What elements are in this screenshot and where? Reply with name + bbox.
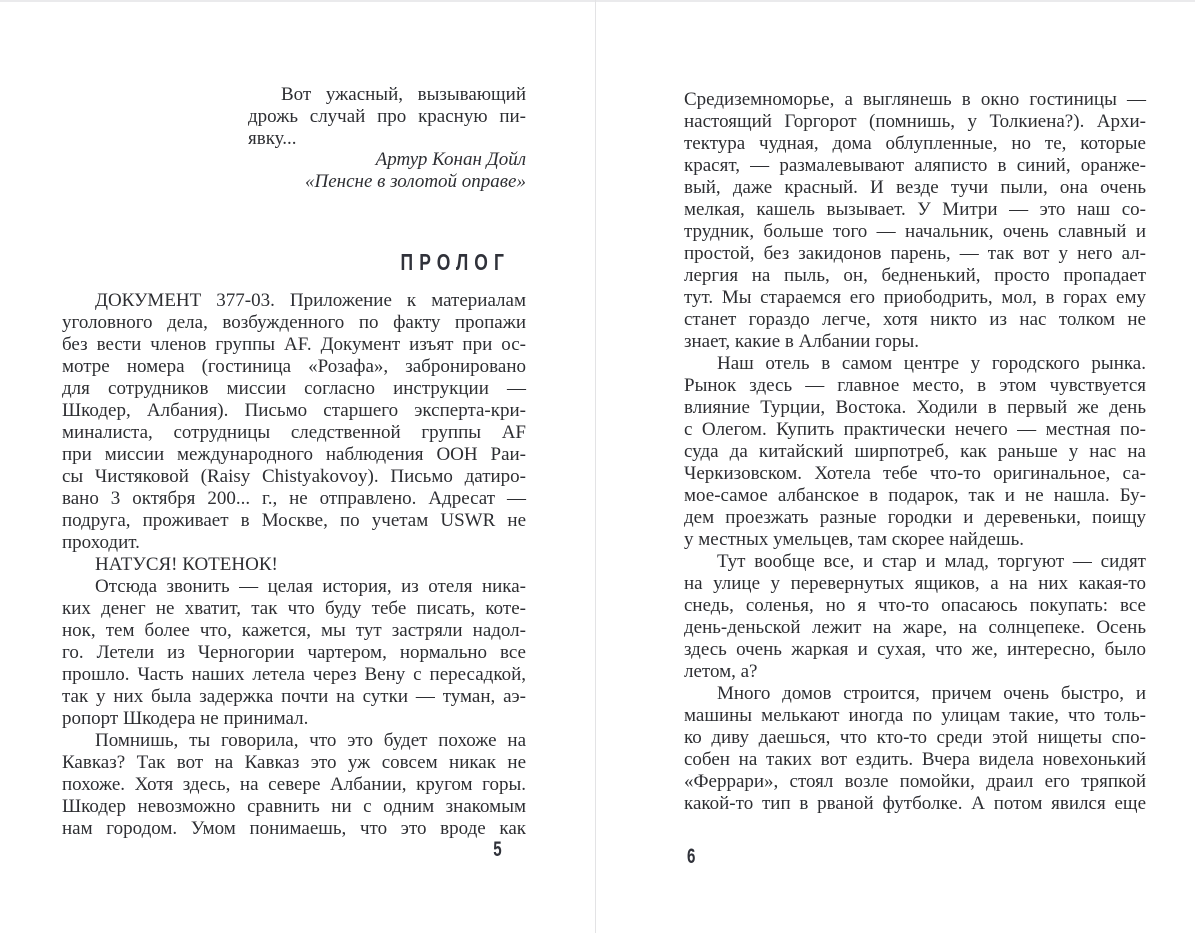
text-line: вый, даже красный. И везде тучи пыли, он… bbox=[684, 177, 1146, 199]
text-line: сы Чистяковой (Raisy Chistyakovoy). Пись… bbox=[62, 466, 526, 488]
page-number-left: 5 bbox=[494, 839, 502, 860]
text-line: снедь, соленья, но я что-то опасаюсь пок… bbox=[684, 595, 1146, 617]
text-line: вано 3 октября 200... г., не отправлено.… bbox=[62, 488, 526, 510]
text-line: проходит. bbox=[62, 532, 526, 554]
text-line: Вот ужасный, вызывающий bbox=[248, 84, 526, 106]
text-line: го. Летели из Черногории чартером, норма… bbox=[62, 642, 526, 664]
chapter-heading: ПРОЛОГ bbox=[401, 251, 510, 274]
text-line: дрожь случай про красную пи- bbox=[248, 106, 526, 128]
text-line: на улице у перевернутых ящиков, а на них… bbox=[684, 573, 1146, 595]
text-line: Наш отель в самом центре у городского ры… bbox=[684, 353, 1146, 375]
text-line: для сотрудников миссии согласно инструкц… bbox=[62, 378, 526, 400]
text-line: настоящий Горгорот (помнишь, у Толкиена?… bbox=[684, 111, 1146, 133]
text-line: летом, а? bbox=[684, 661, 1146, 683]
text-line: тут. Мы стараемся его приободрить, мол, … bbox=[684, 287, 1146, 309]
text-line: день-деньской лежит на жаре, на солнцепе… bbox=[684, 617, 1146, 639]
text-line: Кавказ? Так вот на Кавказ это уж совсем … bbox=[62, 752, 526, 774]
text-line: простой, без закидонов парень, — так вот… bbox=[684, 243, 1146, 265]
text-line: Тут вообще все, и стар и млад, торгуют —… bbox=[684, 551, 1146, 573]
text-line: миналиста, сотрудницы следственной групп… bbox=[62, 422, 526, 444]
text-line: собен на таких вот ездить. Вчера видела … bbox=[684, 749, 1146, 771]
left-page-body-text: ДОКУМЕНТ 377-03. Приложение к материалам… bbox=[62, 290, 526, 840]
text-line: влияние Турции, Востока. Ходили в первый… bbox=[684, 397, 1146, 419]
page-number-right: 6 bbox=[687, 846, 695, 867]
text-line: дем проезжать разные городки и деревеньк… bbox=[684, 507, 1146, 529]
page-gutter-divider bbox=[595, 0, 596, 933]
text-line: «Феррари», стоял возле помойки, драил ег… bbox=[684, 771, 1146, 793]
text-line: суда да китайский ширпотреб, как раньше … bbox=[684, 441, 1146, 463]
text-line: ко диву даешься, что кто-то среди этой н… bbox=[684, 727, 1146, 749]
attribution-line: Артур Конан Дойл bbox=[248, 149, 526, 171]
text-line: подруга, проживает в Москве, по учетам U… bbox=[62, 510, 526, 532]
text-line: так у них была задержка почти на сутки —… bbox=[62, 686, 526, 708]
text-line: похоже. Хотя здесь, на севере Албании, к… bbox=[62, 774, 526, 796]
text-line: нам городом. Умом понимаешь, что это вро… bbox=[62, 818, 526, 840]
text-line: Черкизовском. Хотела тебе что-то оригина… bbox=[684, 463, 1146, 485]
text-line: машины мелькают иногда по улицам такие, … bbox=[684, 705, 1146, 727]
text-line: при миссии международного наблюдения ООН… bbox=[62, 444, 526, 466]
attribution-line: «Пенсне в золотой оправе» bbox=[248, 171, 526, 193]
text-line: лергия на пыль, он, бедненький, просто п… bbox=[684, 265, 1146, 287]
text-line: знает, какие в Албании горы. bbox=[684, 331, 1146, 353]
text-line: у местных умельцев, там скорее найдешь. bbox=[684, 529, 1146, 551]
text-line: Средиземноморье, а выглянешь в окно гост… bbox=[684, 89, 1146, 111]
text-line: уголовного дела, возбужденного по факту … bbox=[62, 312, 526, 334]
text-line: Отсюда звонить — целая история, из отеля… bbox=[62, 576, 526, 598]
text-line: мелкая, кашель вызывает. У Митри — это н… bbox=[684, 199, 1146, 221]
text-line: ДОКУМЕНТ 377-03. Приложение к материалам bbox=[62, 290, 526, 312]
text-line: НАТУСЯ! КОТЕНОК! bbox=[62, 554, 526, 576]
text-line: тектура чудная, дома облупленные, но те,… bbox=[684, 133, 1146, 155]
text-line: здесь очень жаркая и сухая, что же, инте… bbox=[684, 639, 1146, 661]
text-line: Много домов строится, причем очень быстр… bbox=[684, 683, 1146, 705]
book-spread: Вот ужасный, вызывающийдрожь случай про … bbox=[0, 0, 1195, 933]
epigraph: Вот ужасный, вызывающийдрожь случай про … bbox=[248, 84, 526, 150]
text-line: Шкодер невозможно сравнить ни с одним зн… bbox=[62, 796, 526, 818]
right-page: Средиземноморье, а выглянешь в окно гост… bbox=[684, 0, 1146, 933]
text-line: без вести членов группы AF. Документ изъ… bbox=[62, 334, 526, 356]
text-line: какой-то тип в рваной футболке. А потом … bbox=[684, 793, 1146, 815]
text-line: ких денег не хватит, так что буду тебе п… bbox=[62, 598, 526, 620]
left-page: Вот ужасный, вызывающийдрожь случай про … bbox=[62, 0, 526, 933]
epigraph-attribution: Артур Конан Дойл«Пенсне в золотой оправе… bbox=[248, 149, 526, 193]
text-line: Помнишь, ты говорила, что это будет похо… bbox=[62, 730, 526, 752]
right-page-body-text: Средиземноморье, а выглянешь в окно гост… bbox=[684, 89, 1146, 815]
text-line: Рынок здесь — главное место, в этом чувс… bbox=[684, 375, 1146, 397]
text-line: прошло. Часть наших летела через Вену с … bbox=[62, 664, 526, 686]
text-line: с Олегом. Купить практически нечего — ме… bbox=[684, 419, 1146, 441]
text-line: нок, тем более что, кажется, мы тут заст… bbox=[62, 620, 526, 642]
text-line: трудник, больше того — начальник, очень … bbox=[684, 221, 1146, 243]
text-line: мое-самое албанское в подарок, так и не … bbox=[684, 485, 1146, 507]
text-line: Шкодер, Албания). Письмо старшего экспер… bbox=[62, 400, 526, 422]
text-line: ропорт Шкодера не принимал. bbox=[62, 708, 526, 730]
text-line: станет гораздо легче, хотя никто из нас … bbox=[684, 309, 1146, 331]
text-line: мотре номера (гостиница «Розафа», заброн… bbox=[62, 356, 526, 378]
text-line: явку... bbox=[248, 128, 526, 150]
text-line: красят, — размалевывают аляписто в синий… bbox=[684, 155, 1146, 177]
